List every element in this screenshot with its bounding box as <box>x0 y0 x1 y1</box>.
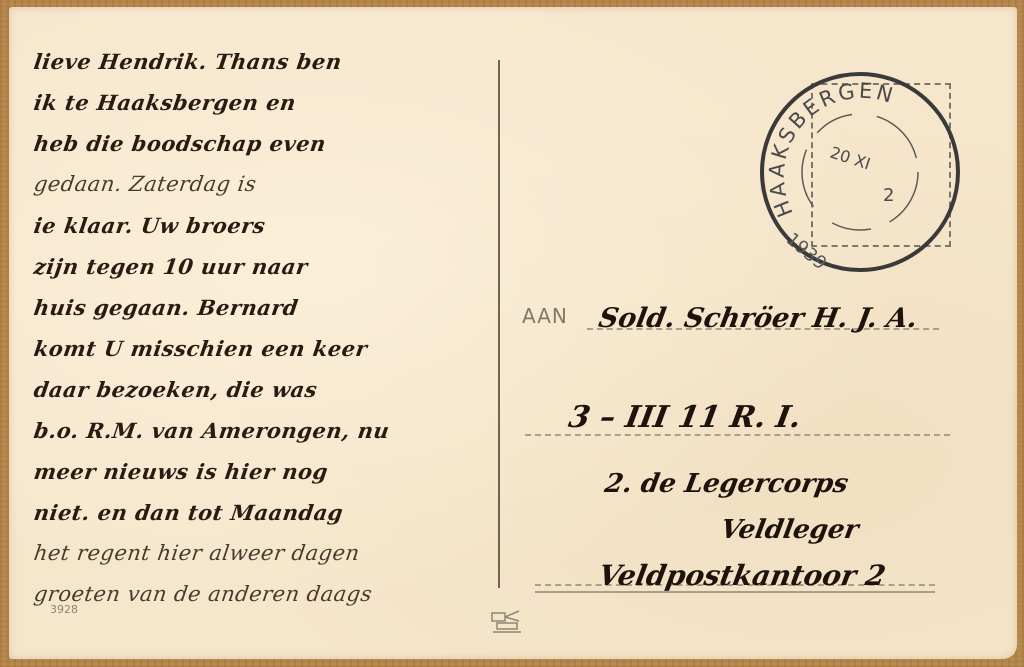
postmark-hour: 2 <box>883 185 894 206</box>
imprint-code: 3928 <box>50 603 78 616</box>
postmark-year: 1939 <box>782 229 831 275</box>
message-line: niet. en dan tot Maandag <box>31 492 507 533</box>
message-line: groeten van de anderen daags <box>31 574 507 615</box>
handwritten-message: lieve Hendrik. Thans ben ik te Haaksberg… <box>34 41 504 615</box>
message-line: huis gegaan. Bernard <box>31 287 507 328</box>
message-line: lieve Hendrik. Thans ben <box>31 41 507 82</box>
postmark-date: 20 XI <box>828 143 873 174</box>
circular-postmark-icon: HAAKSBERGEN 20 XI 2 1939 <box>757 69 963 275</box>
message-line: heb die boodschap even <box>31 123 507 164</box>
postcard: lieve Hendrik. Thans ben ik te Haaksberg… <box>9 7 1017 659</box>
address-label: AAN <box>522 304 568 328</box>
message-line: het regent hier alweer dagen <box>31 533 507 574</box>
message-line: zijn tegen 10 uur naar <box>31 246 507 287</box>
message-line: komt U misschien een keer <box>31 328 507 369</box>
recipient-corps: 2. de Legercorps <box>602 469 850 499</box>
message-line: ik te Haaksbergen en <box>31 82 507 123</box>
center-divider <box>498 60 500 588</box>
publisher-logo-icon <box>487 607 527 643</box>
message-line: gedaan. Zaterdag is <box>31 164 507 205</box>
recipient-name: Sold. Schröer H. J. A. <box>596 303 920 334</box>
message-line: b.o. R.M. van Amerongen, nu <box>31 410 507 451</box>
message-line: meer nieuws is hier nog <box>31 451 507 492</box>
message-line: ie klaar. Uw broers <box>31 205 507 246</box>
message-line: daar bezoeken, die was <box>31 369 507 410</box>
recipient-army: Veldleger <box>718 515 861 545</box>
recipient-post-office: Veldpostkantoor 2 <box>596 559 888 592</box>
recipient-unit: 3 – III 11 R. I. <box>566 400 804 435</box>
